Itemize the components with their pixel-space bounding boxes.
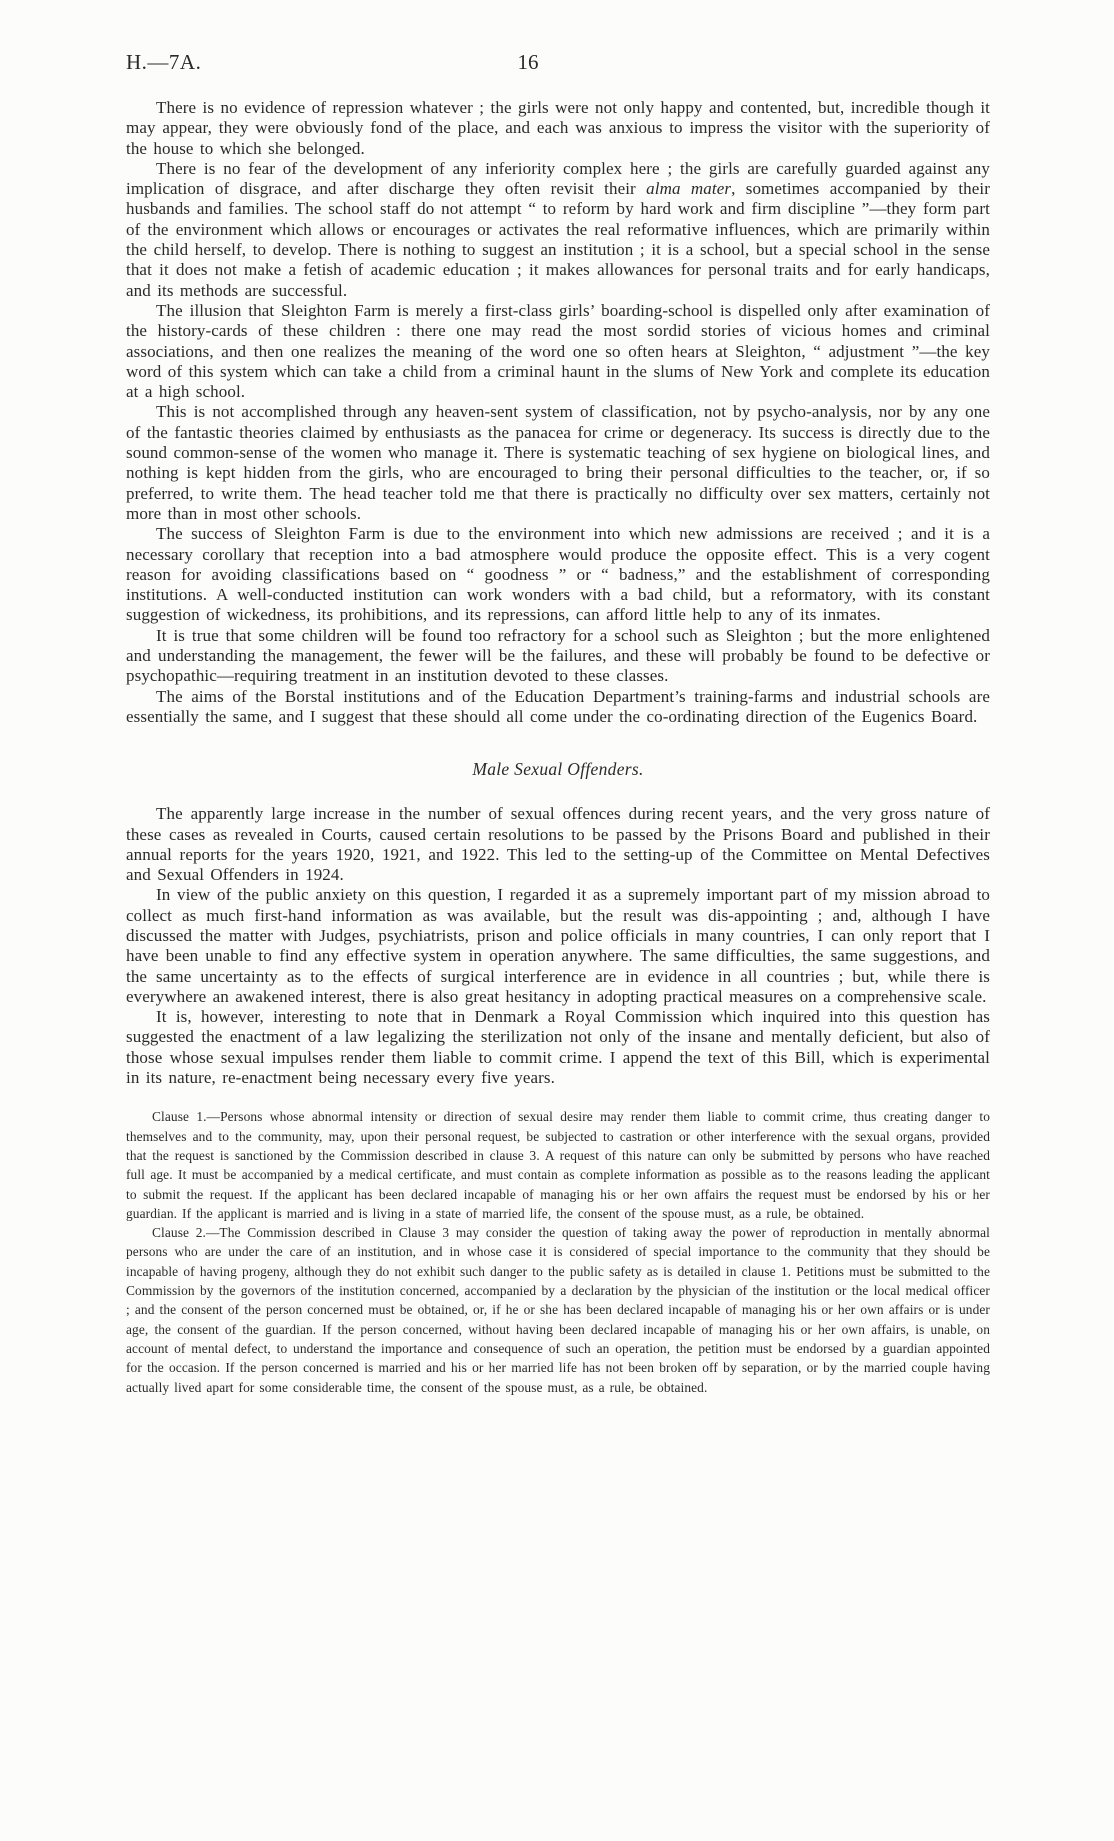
page-number: 16 [126,50,930,75]
report-body: There is no evidence of repression whate… [126,98,990,1397]
paragraph-inferiority-complex: There is no fear of the development of a… [126,159,990,301]
document-page: H.—7A. 16 There is no evidence of repres… [0,0,1114,1841]
paragraph-sleighton-illusion: The illusion that Sleighton Farm is mere… [126,301,990,402]
paragraph-denmark-commission: It is, however, interesting to note that… [126,1007,990,1088]
paragraph-repression: There is no evidence of repression whate… [126,98,990,159]
clause-2: Clause 2.—The Commission described in Cl… [126,1223,990,1397]
section-heading-male-sexual-offenders: Male Sexual Offenders. [126,759,990,780]
paragraph-mission-abroad: In view of the public anxiety on this qu… [126,885,990,1007]
paragraph-offence-increase: The apparently large increase in the num… [126,804,990,885]
alma-mater-italic: alma mater [646,179,731,198]
page-header: H.—7A. 16 [126,50,990,82]
paragraph-environment: The success of Sleighton Farm is due to … [126,524,990,625]
paragraph-refractory-children: It is true that some children will be fo… [126,626,990,687]
clause-1: Clause 1.—Persons whose abnormal intensi… [126,1107,990,1223]
paragraph-classification: This is not accomplished through any hea… [126,402,990,524]
paragraph-borstal-aims: The aims of the Borstal institutions and… [126,687,990,728]
bill-text-appendix: Clause 1.—Persons whose abnormal intensi… [126,1107,990,1396]
